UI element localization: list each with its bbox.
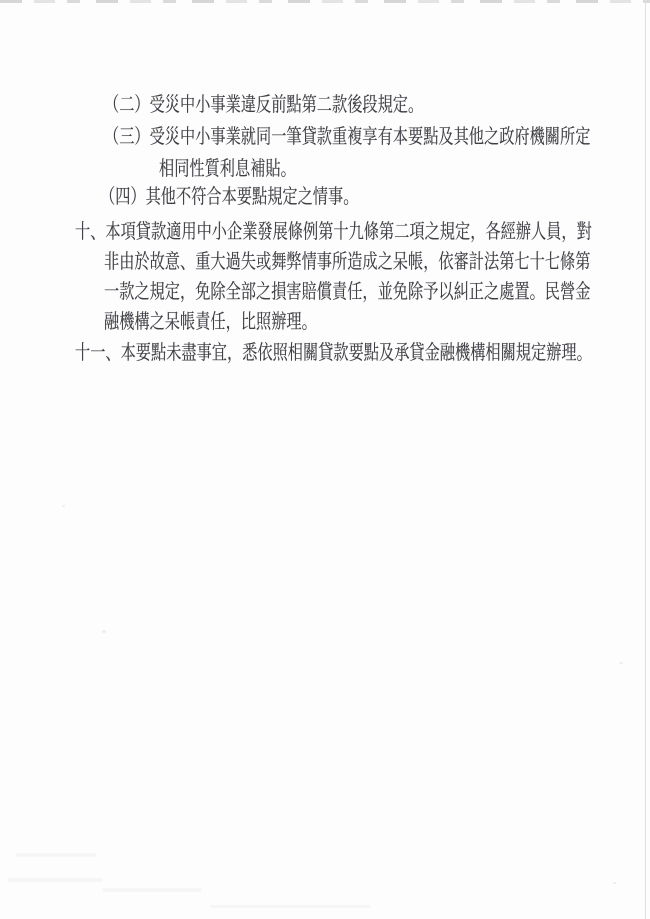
scan-speck — [619, 662, 623, 664]
scan-streak — [16, 853, 96, 857]
scan-streak — [8, 878, 103, 882]
doc-line-item-10: 十、本項貸款適用中小企業發展條例第十九條第二項之規定，各經辦人員，對 — [75, 222, 592, 242]
scan-streak — [102, 888, 202, 892]
scanned-document-page: （二）受災中小事業違反前點第二款後段規定。 （三）受災中小事業就同一筆貸款重複享… — [0, 0, 650, 919]
scan-speck — [613, 882, 616, 884]
doc-line-clause-3-cont: 相同性質利息補貼。 — [159, 159, 296, 179]
doc-line-clause-4: （四）其他不符合本要點規定之情事。 — [100, 187, 358, 207]
scan-speck — [102, 630, 106, 633]
doc-line-item-10-cont3: 融機構之呆帳責任，比照辦理。 — [104, 312, 317, 332]
doc-line-item-10-cont1: 非由於故意、重大過失或舞弊情事所造成之呆帳，依審計法第七十七條第 — [104, 252, 590, 272]
scan-top-edge-dashes — [0, 0, 650, 3]
scan-speck — [62, 505, 65, 507]
doc-line-clause-3: （三）受災中小事業就同一筆貸款重複享有本要點及其他之政府機關所定 — [104, 127, 590, 147]
doc-line-item-11: 十一、本要點未盡事宜，悉依照相關貸款要點及承貸金融機構相關規定辦理。 — [75, 343, 592, 363]
doc-line-item-10-cont2: 一款之規定，免除全部之損害賠償責任，並免除予以糾正之處置。民營金 — [104, 282, 590, 302]
doc-line-clause-2: （二）受災中小事業違反前點第二款後段規定。 — [104, 95, 423, 115]
scan-right-edge-line — [645, 0, 646, 919]
scan-streak — [210, 905, 370, 908]
